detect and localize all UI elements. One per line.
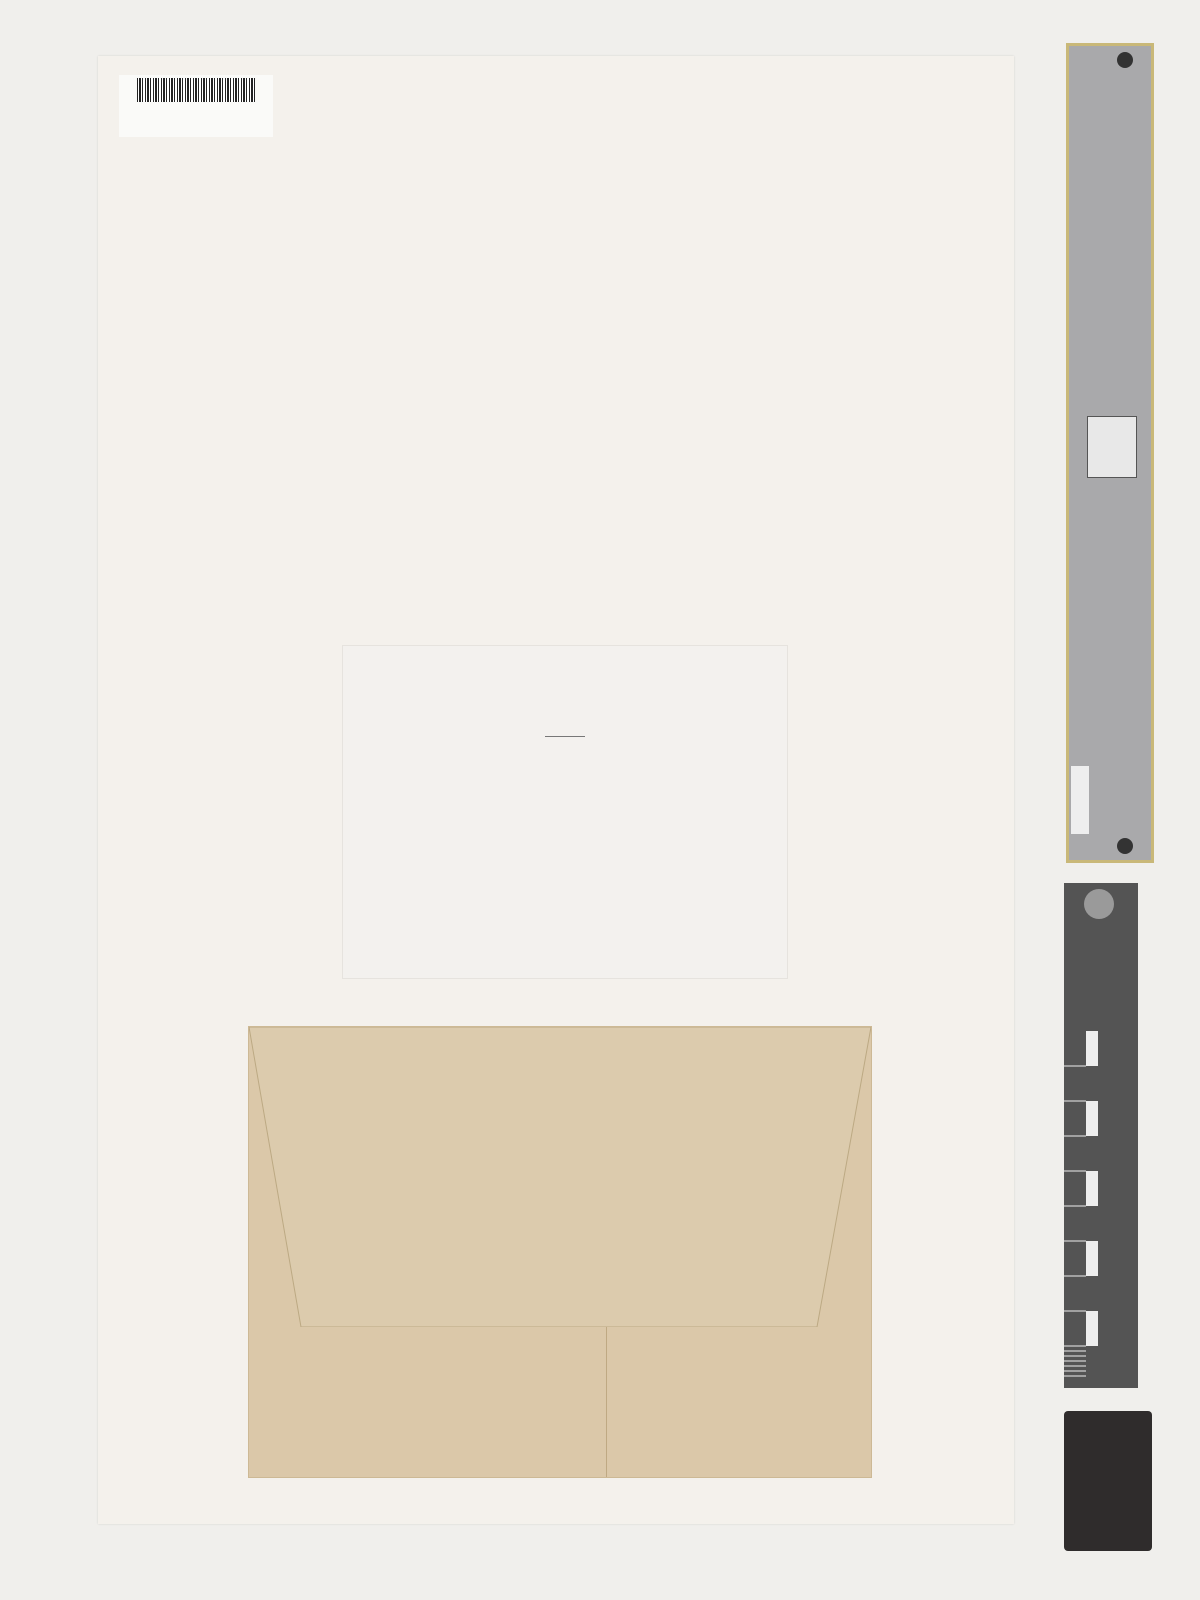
envelope-seam bbox=[606, 1327, 607, 1477]
date-row bbox=[599, 844, 609, 859]
det-row bbox=[418, 878, 428, 893]
kew-scale-bar bbox=[1064, 883, 1138, 1388]
field-number bbox=[739, 666, 751, 682]
specimen-field-label bbox=[342, 645, 788, 979]
barcode-label bbox=[119, 75, 273, 137]
coll-row bbox=[599, 878, 609, 893]
envelope-flap[interactable] bbox=[249, 1027, 871, 1327]
specimen-envelope[interactable] bbox=[248, 1026, 872, 1478]
divider bbox=[545, 736, 585, 737]
ruler-hole-icon bbox=[1117, 838, 1133, 854]
locality-row bbox=[418, 810, 428, 825]
kew-crest-icon bbox=[1084, 889, 1114, 919]
ruler-code bbox=[1071, 766, 1089, 834]
altitude-row bbox=[418, 844, 428, 859]
barcode-icon bbox=[137, 78, 255, 102]
name-row bbox=[418, 776, 428, 791]
ruler-hole-icon bbox=[1117, 52, 1133, 68]
resolution-target bbox=[1087, 416, 1137, 478]
color-checker-chart bbox=[1064, 1411, 1152, 1551]
scale-bars bbox=[1064, 1031, 1098, 1381]
color-density-ruler bbox=[1066, 43, 1154, 863]
